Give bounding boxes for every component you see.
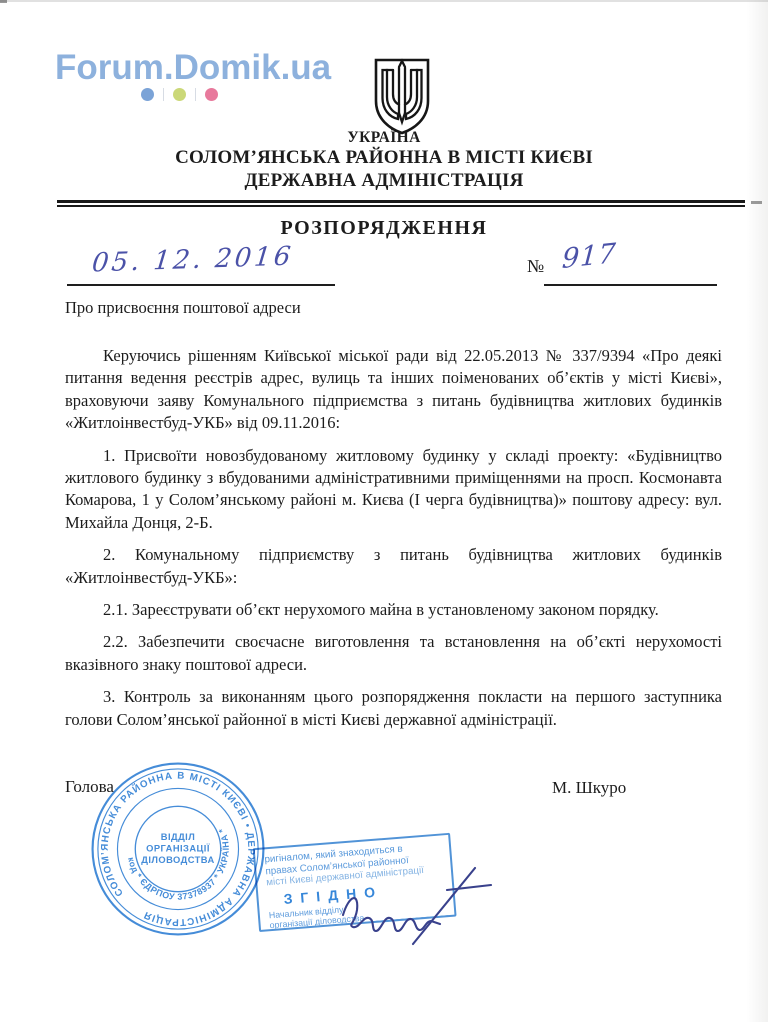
seal-center-text: ВІДДІЛ ОРГАНІЗАЦІЇ ДІЛОВОДСТВА [141,832,214,865]
scan-edge [0,0,768,2]
svg-text:ОРГАНІЗАЦІЇ: ОРГАНІЗАЦІЇ [146,844,210,854]
blue-dot-icon [141,88,154,101]
handwritten-signature-icon [315,860,520,955]
watermark-dots [141,88,218,101]
scan-artifact [751,201,762,204]
number-sign-label: № [527,256,544,277]
document-subject: Про присвоєння поштової адреси [65,298,301,318]
round-official-seal: СОЛОМ’ЯНСЬКА РАЙОННА В МІСТІ КИЄВІ • ДЕР… [89,760,267,938]
date-underline [67,284,335,286]
header-divider [57,200,745,207]
paragraph-item-2-1: 2.1. Зареєструвати об’єкт нерухомого май… [65,599,722,621]
paragraph-preamble: Керуючись рішенням Київської міської рад… [65,345,722,435]
paragraph-item-2: 2. Комунальному підприємству з питань бу… [65,544,722,589]
organization-name-line1: СОЛОМ’ЯНСЬКА РАЙОННА В МІСТІ КИЄВІ [0,147,768,169]
svg-text:ВІДДІЛ: ВІДДІЛ [161,832,195,842]
handwritten-date: 05. 12. 2016 [90,241,294,278]
pink-dot-icon [205,88,218,101]
paragraph-item-1: 1. Присвоїти новозбудованому житловому б… [65,445,722,535]
number-underline [544,284,717,286]
paragraph-item-2-2: 2.2. Забезпечити своєчасне виготовлення … [65,631,722,676]
country-name: УКРАЇНА [0,129,768,147]
ukraine-trident-emblem-icon [371,57,433,135]
handwritten-number: 917 [561,238,617,275]
paragraph-item-3: 3. Контроль за виконанням цього розпоряд… [65,686,722,731]
dot-separator [163,88,164,101]
signer-name: М. Шкуро [552,778,626,798]
scanned-document-page: Forum.Domik.ua УКРАЇНА СОЛОМ’ЯНСЬКА РАЙО… [0,0,768,1022]
green-dot-icon [173,88,186,101]
dot-separator [195,88,196,101]
svg-text:ДІЛОВОДСТВА: ДІЛОВОДСТВА [141,855,214,865]
document-type-title: РОЗПОРЯДЖЕННЯ [0,217,768,240]
document-body: Керуючись рішенням Київської міської рад… [65,345,722,741]
watermark-logo: Forum.Domik.ua [55,48,331,88]
organization-name-line2: ДЕРЖАВНА АДМІНІСТРАЦІЯ [0,170,768,192]
